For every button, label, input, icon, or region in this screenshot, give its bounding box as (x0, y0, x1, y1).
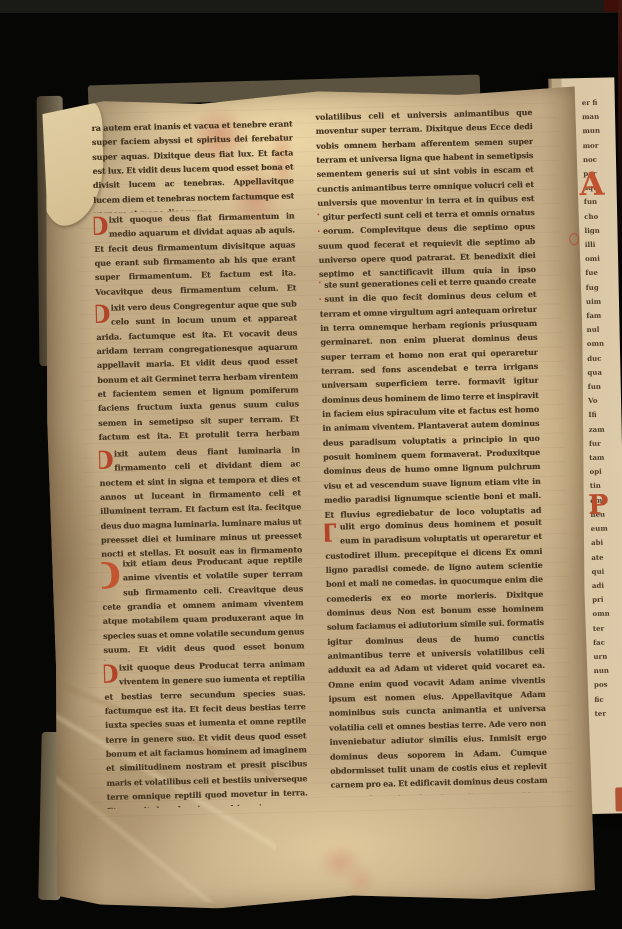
scripture-paragraph: I ste sunt generationes celi et terre qu… (319, 273, 541, 520)
facing-rubric-initial-p: P (588, 492, 609, 519)
rubricated-initial: I (319, 279, 322, 306)
rubricated-initial: T (324, 521, 337, 548)
rubricated-initial: I (317, 211, 320, 238)
paragraph-text: ixit quoque deus Producat terra animam v… (104, 658, 308, 809)
film-frame-strip (0, 0, 622, 13)
rubricated-initial: D (95, 302, 108, 329)
paragraph-text: ixit quoque deus fiat firmamentum in med… (94, 210, 296, 301)
text-column-left: ra autem erat inanis et vacua et tenebre… (91, 116, 308, 808)
paragraph-text: gitur perfecti sunt celi et terra et omn… (318, 207, 536, 278)
paragraph-text: volatilibus celi et universis animantibu… (315, 107, 534, 210)
slide-photograph: er fi man mun mor noc por aqu fun cho li… (0, 0, 622, 929)
scripture-paragraph: ra autem erat inanis et vacua et tenebre… (91, 116, 294, 213)
paragraph-text: ulit ergo dominus deus hominem et posuit… (325, 517, 548, 797)
paragraph-text: ixit etiam deus Producant aque reptile a… (102, 554, 304, 661)
red-ring-mark (569, 233, 579, 245)
rubricated-initial: D (99, 448, 112, 475)
rubricated-initial: D (101, 558, 120, 600)
ink-offset-stain-bottom (304, 837, 385, 901)
rubricated-initial: D (93, 214, 106, 241)
paragraph-text: ixit autem deus fiant luminaria in firma… (99, 444, 302, 557)
scripture-paragraph: D ixit quoque deus Producat terra animam… (104, 656, 308, 809)
scripture-paragraph: T ulit ergo dominus deus hominem et posu… (324, 515, 547, 797)
scripture-paragraph: D ixit etiam deus Producant aque reptile… (101, 552, 304, 661)
scripture-paragraph: D ixit autem deus fiant luminaria in fir… (99, 442, 302, 557)
scripture-paragraph: D ixit quoque deus fiat firmamentum in m… (93, 208, 296, 301)
manuscript-folio: ra autem erat inanis et vacua et tenebre… (39, 84, 595, 912)
text-column-right: volatilibus celi et universis animantibu… (315, 105, 548, 797)
rubricated-initial: D (104, 662, 117, 689)
facing-rubric-initial-a: A (579, 168, 604, 201)
paragraph-text: ra autem erat inanis et vacua et tenebre… (91, 118, 294, 213)
scripture-paragraph: I gitur perfecti sunt celi et terra et o… (317, 205, 535, 278)
scripture-paragraph: D ixit vero deus Congregentur aque que s… (95, 296, 299, 447)
paragraph-text: ixit vero deus Congregentur aque que sub… (96, 298, 300, 447)
facing-rubric-fragment (615, 787, 622, 811)
scripture-paragraph: volatilibus celi et universis animantibu… (315, 105, 534, 210)
paragraph-text: ste sunt generationes celi et terre quan… (320, 275, 542, 520)
